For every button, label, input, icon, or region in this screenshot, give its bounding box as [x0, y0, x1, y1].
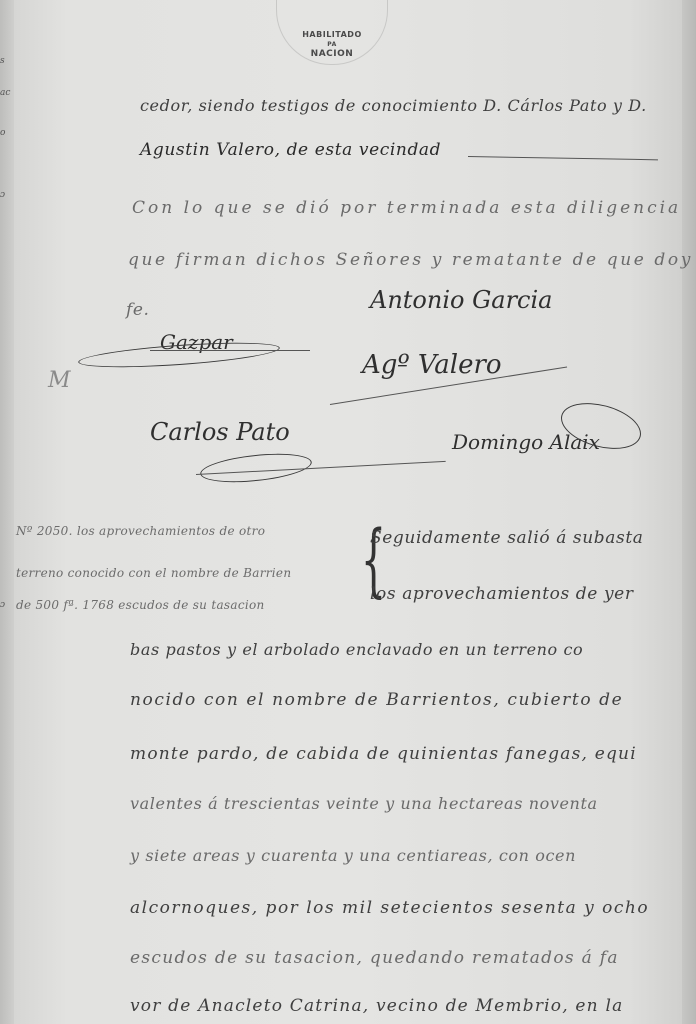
prev-page-fragment: ac: [0, 88, 10, 98]
previous-page-edge: s ac o ɔ ɔ: [0, 0, 15, 1024]
auction-line: bas pastos y el arbolado enclavado en un…: [130, 640, 583, 659]
body-line: que firman dichos Señores y rematante de…: [128, 250, 693, 270]
prev-page-fragment: ɔ: [0, 600, 5, 610]
auction-line: escudos de su tasacion, quedando rematad…: [130, 948, 619, 968]
margin-note-line: de 500 fª. 1768 escudos de su tasacion: [16, 598, 265, 612]
prev-page-fragment: s: [0, 56, 5, 66]
margin-note-line: Nº 2050. los aprovechamientos de otro: [16, 524, 265, 538]
stamp-line-1: HABILITADO: [277, 30, 387, 39]
auction-line: monte pardo, de cabida de quinientas fan…: [130, 744, 637, 764]
signature-rule: [150, 350, 310, 351]
margin-initial: M: [48, 368, 71, 393]
signature-antonio-garcia: Antonio Garcia: [370, 286, 552, 314]
habilitado-stamp: HABILITADO PA NACION: [276, 0, 388, 65]
auction-line: valentes á trescientas veinte y una hect…: [130, 794, 598, 813]
body-line: fe.: [126, 300, 150, 320]
page-right-edge: [682, 0, 696, 1024]
signature-agustin-valero: Agº Valero: [362, 350, 502, 380]
auction-line: alcornoques, por los mil setecientos ses…: [130, 898, 649, 918]
signature-carlos-pato: Carlos Pato: [150, 418, 290, 446]
auction-line: Seguidamente salió á subasta: [370, 528, 644, 548]
stamp-line-3: NACION: [277, 49, 387, 59]
prev-page-fragment: o: [0, 128, 5, 138]
body-line: Con lo que se dió por terminada esta dil…: [132, 198, 681, 218]
auction-line: nocido con el nombre de Barrientos, cubi…: [130, 690, 623, 710]
body-line: Agustin Valero, de esta vecindad: [140, 140, 441, 160]
prev-page-fragment: ɔ: [0, 190, 5, 200]
body-line: cedor, siendo testigos de conocimiento D…: [140, 96, 647, 115]
stamp-line-2: PA: [277, 41, 387, 48]
margin-note-line: terreno conocido con el nombre de Barrie…: [16, 566, 291, 580]
auction-line: y siete areas y cuarenta y una centiarea…: [130, 846, 576, 865]
auction-line: vor de Anacleto Catrina, vecino de Membr…: [130, 996, 623, 1016]
auction-line: los aprovechamientos de yer: [370, 584, 634, 604]
